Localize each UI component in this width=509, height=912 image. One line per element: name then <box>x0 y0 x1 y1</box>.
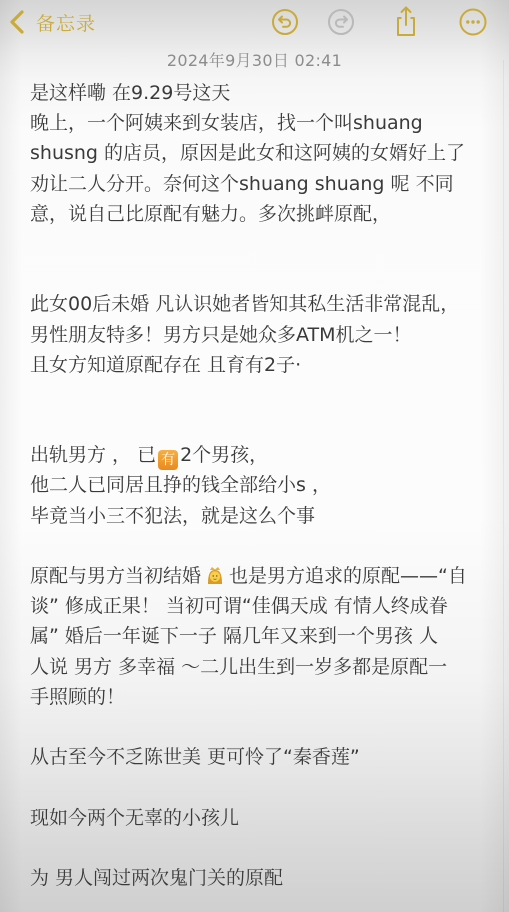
princess-emoji-icon <box>205 565 225 585</box>
blank-line <box>30 410 500 440</box>
note-line: 原配与男方当初结婚 也是男方追求的原配——“自 <box>30 561 500 591</box>
note-body[interactable]: 是这样嘞 在9.29号这天 晚上，一个阿姨来到女装店，找一个叫shuang sh… <box>30 78 500 893</box>
more-button[interactable] <box>459 8 487 36</box>
line-text-before: 原配与男方当初结婚 <box>30 565 201 587</box>
note-line: 他二人已同居且挣的钱全部给小s ， <box>30 470 500 500</box>
blank-line <box>30 833 500 863</box>
note-line: 且女方知道原配存在 且育有2子· <box>30 350 500 380</box>
note-line: 劝让二人分开。奈何这个shuang shuang 呢 不同 <box>30 169 500 199</box>
blank-line <box>30 531 500 561</box>
undo-icon <box>271 8 299 36</box>
note-line: 是这样嘞 在9.29号这天 <box>30 78 500 108</box>
redo-button[interactable] <box>327 8 355 36</box>
more-ellipsis-icon <box>459 8 487 36</box>
note-line: 出轨男方 ， 已有2个男孩， <box>30 440 500 470</box>
squared-you-emoji-icon: 有 <box>158 450 178 470</box>
note-line: 男性朋友特多！男方只是她众多ATM机之一！ <box>30 320 500 350</box>
blank-line <box>30 229 500 259</box>
line-text-after: 2个男孩， <box>180 444 268 466</box>
note-line: 晚上，一个阿姨来到女装店，找一个叫shuang <box>30 108 500 138</box>
note-line: shusng 的店员，原因是此女和这阿姨的女婿好上了 <box>30 138 500 168</box>
note-line: 手照顾的！ <box>30 682 500 712</box>
blank-line <box>30 712 500 742</box>
note-timestamp: 2024年9月30日 02:41 <box>0 48 509 71</box>
back-label: 备忘录 <box>36 9 96 36</box>
line-text-before: 出轨男方 ， 已 <box>30 444 156 466</box>
chevron-left-icon <box>6 7 28 37</box>
note-line: 意，说自己比原配有魅力。多次挑衅原配， <box>30 199 500 229</box>
blank-line <box>30 380 500 410</box>
note-line: 毕竟当小三不犯法，就是这么个事 <box>30 501 500 531</box>
undo-button[interactable] <box>271 8 299 36</box>
blank-line <box>30 259 500 289</box>
redo-icon <box>327 8 355 36</box>
share-icon <box>393 4 419 38</box>
blank-line <box>30 772 500 802</box>
note-line: 属” 婚后一年诞下一子 隔几年又来到一个男孩 人 <box>30 621 500 651</box>
note-line: 人说 男方 多幸福 ～二儿出生到一岁多都是原配一 <box>30 652 500 682</box>
share-button[interactable] <box>393 4 419 38</box>
note-line: 从古至今不乏陈世美 更可怜了“秦香莲” <box>30 742 500 772</box>
edge-divider <box>503 60 504 912</box>
line-text-after: 也是男方追求的原配——“自 <box>229 565 467 587</box>
back-button[interactable]: 备忘录 <box>6 6 102 38</box>
note-line: 现如今两个无辜的小孩儿 <box>30 803 500 833</box>
note-line: 此女00后未婚 凡认识她者皆知其私生活非常混乱， <box>30 289 500 319</box>
note-line: 为 男人闯过两次鬼门关的原配 <box>30 863 500 893</box>
note-line: 谈” 修成正果！ 当初可谓“佳偶天成 有情人终成眷 <box>30 591 500 621</box>
